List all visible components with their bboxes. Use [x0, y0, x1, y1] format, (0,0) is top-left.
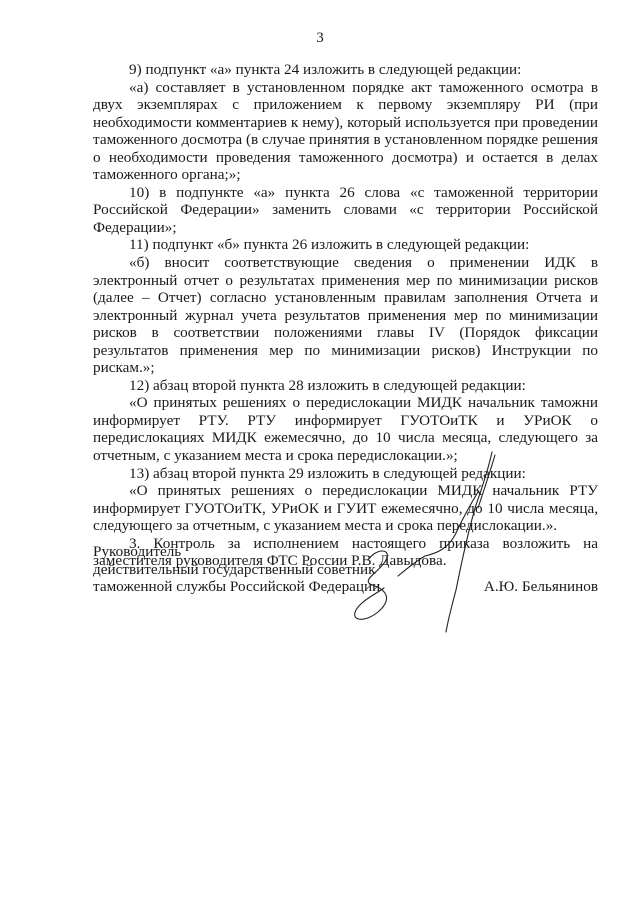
page-number: 3 — [0, 30, 640, 47]
paragraph-item-9: 9) подпункт «а» пункта 24 изложить в сле… — [93, 61, 598, 79]
paragraph-item-13-text: «О принятых решениях о передислокации МИ… — [93, 482, 598, 535]
paragraph-item-12: 12) абзац второй пункта 28 изложить в сл… — [93, 377, 598, 395]
paragraph-item-11: 11) подпункт «б» пункта 26 изложить в сл… — [93, 236, 598, 254]
paragraph-item-12-text: «О принятых решениях о передислокации МИ… — [93, 394, 598, 464]
paragraph-item-9-text: «а) составляет в установленном порядке а… — [93, 79, 598, 184]
signer-rank-line-1: действительный государственный советник — [93, 561, 598, 579]
paragraph-item-10: 10) в подпункте «а» пункта 26 слова «с т… — [93, 184, 598, 237]
signature-block: Руководитель действительный государствен… — [93, 543, 598, 596]
paragraph-item-11-text: «б) вносит соответствующие сведения о пр… — [93, 254, 598, 377]
signer-name: А.Ю. Бельянинов — [484, 578, 598, 596]
document-body: 9) подпункт «а» пункта 24 изложить в сле… — [93, 61, 598, 570]
paragraph-item-13: 13) абзац второй пункта 29 изложить в сл… — [93, 465, 598, 483]
signer-position: Руководитель — [93, 543, 598, 561]
